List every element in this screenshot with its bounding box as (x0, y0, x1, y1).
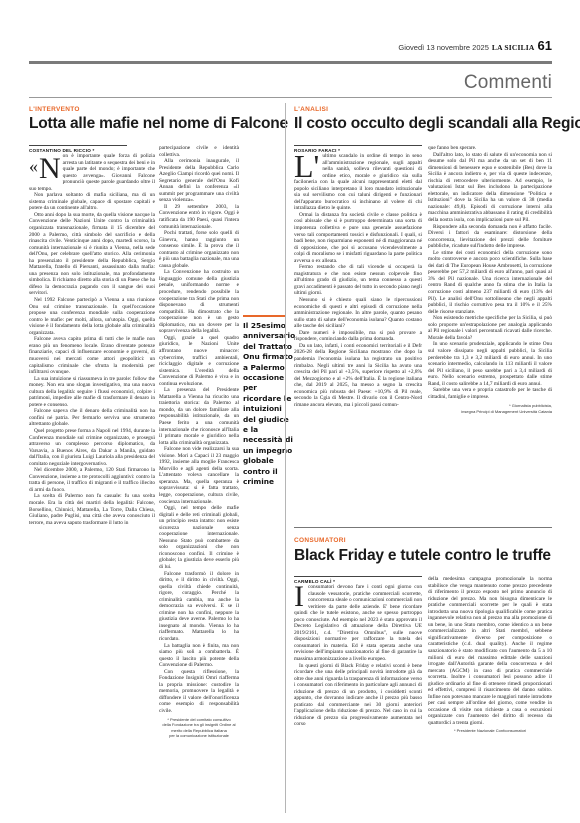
article-divider (294, 527, 552, 528)
paragraph: In questi giorni di Black Friday e relat… (294, 663, 422, 728)
paragraph: partecipazione civile e identità collett… (159, 145, 239, 158)
author-note: * Presidente Nazionale Confconsumatori (428, 728, 552, 734)
pull-quote-text: Il 25esimo anniversario del Trattato Onu… (243, 321, 295, 488)
paragraph: della medesima campagna promozionale la … (428, 576, 552, 727)
article-kicker: CONSUMATORI (294, 537, 346, 544)
paragraph: Le stime dei costi economici della corru… (428, 250, 552, 315)
paragraph: Falcone aveva capito prima di tutti che … (29, 336, 155, 375)
paragraph: Oggi, nel tempo delle mafie digitali e d… (159, 505, 239, 570)
paragraph: Non parlava soltanto di mafia siciliana,… (29, 192, 155, 212)
paragraph: Nessuno si è chiesto quali siano le ripe… (294, 297, 422, 330)
paragraph: Non esistendo metriche specifiche per la… (428, 315, 552, 341)
paragraph: Fermo restando che di tali vicende si oc… (294, 264, 422, 297)
lead-paragraph: L'ultimo scandalo in ordine di tempo in … (294, 153, 422, 212)
lead-paragraph: Iconsumatori devono fare i conti ogni gi… (294, 584, 422, 663)
issue-date: Giovedì 13 novembre 2025 (398, 43, 488, 52)
paragraph: Ormai la distanza fra società civile e c… (294, 212, 422, 264)
lead-paragraph: «Non è importante quale forza di polizia… (29, 153, 155, 192)
paragraph: Falcone trasformò il dolore in diritto, … (159, 571, 239, 643)
article-kicker: L'ANALISI (294, 106, 328, 113)
author-note: * Giornalista pubblicista, insegna Princ… (428, 403, 552, 414)
paragraph: Alla cerimonia inaugurale, il Presidente… (159, 158, 239, 204)
article-column-1: Iconsumatori devono fare i conti ogni gi… (294, 584, 422, 728)
article-column-1: L'ultimo scandalo in ordine di tempo in … (294, 153, 422, 408)
drop-cap: L' (294, 154, 319, 179)
paragraph: La battaglia non è finita, ma non siamo … (159, 643, 239, 669)
paragraph: Dall'altro lato, lo stato di salute di u… (428, 152, 552, 224)
section-title: Commenti (464, 72, 552, 94)
paragraph: La scelta di Palermo non fu casuale: fu … (29, 493, 155, 526)
paragraph: La Convenzione ha costruito un linguaggi… (159, 269, 239, 334)
article-column-2: que fanno ben sperare. Dall'altro lato, … (428, 145, 552, 415)
article-column-2a: partecipazione civile e identità collett… (159, 145, 239, 739)
paragraph: Falcone non vide realizzarsi la sua visi… (159, 446, 239, 505)
article-column-2: della medesima campagna promozionale la … (428, 576, 552, 733)
page-number: 61 (538, 38, 552, 53)
paragraph: Falcone sapeva che il denaro della crimi… (29, 408, 155, 428)
dateline: Giovedì 13 novembre 2025 LA SICILIA 61 (398, 38, 552, 53)
section-rule (29, 97, 552, 98)
paragraph: Nel dicembre 2000, a Palermo, 120 Stati … (29, 467, 155, 493)
paragraph: Quel progetto prese forma a Napoli nel 1… (29, 428, 155, 467)
paragraph: Nel 1992 Falcone partecipò a Vienna a un… (29, 297, 155, 336)
drop-cap: «N (29, 154, 61, 181)
article-column-1: «Non è importante quale forza di polizia… (29, 153, 155, 526)
paragraph: Dare numeri è impossibile, ma si può pro… (294, 330, 422, 343)
pull-quote-accent-bar (243, 315, 285, 317)
column-divider (285, 103, 286, 813)
article-headline: Lotta alle mafie nel nome di Falcone (29, 115, 288, 133)
paragraph: Da un lato, infatti, i conti economici t… (294, 343, 422, 408)
newspaper-name: LA SICILIA (492, 43, 535, 52)
paragraph: Il 29 settembre 2003, la Convenzione ent… (159, 204, 239, 230)
paragraph: Con questa riflessione, la Fondazione In… (159, 669, 239, 715)
paragraph: Pochi trattati, forse solo quelli di Gin… (159, 230, 239, 269)
paragraph: Rispondere alla seconda domanda non è af… (428, 224, 552, 250)
article-kicker: L'INTERVENTO (29, 106, 80, 113)
pull-quote: Il 25esimo anniversario del Trattato Onu… (243, 315, 295, 488)
author-note: * Presidente del comitato consultivo del… (159, 717, 239, 739)
article-byline: CARMELO CALÌ * (294, 576, 422, 584)
paragraph: La presenza del Presidente Mattarella a … (159, 387, 239, 446)
paragraph: In uno scenario prudenziale, applicando … (428, 341, 552, 387)
masthead: Giovedì 13 novembre 2025 LA SICILIA 61 (29, 0, 552, 50)
paragraph: Oggi, grazie a quel quadro giuridico, le… (159, 335, 239, 387)
paragraph: La sua intuizione si riassumeva in tre p… (29, 376, 155, 409)
paragraph: Otto anni dopo la sua morte, da quella v… (29, 212, 155, 297)
paragraph: Sarebbe una vera e propria catastrofe pe… (428, 387, 552, 400)
article-headline: Il costo occulto degli scandali alla Reg… (294, 115, 580, 133)
article-headline: Black Friday e tutele contro le truffe (294, 547, 551, 565)
masthead-rule (29, 61, 552, 64)
drop-cap: I (294, 585, 304, 609)
